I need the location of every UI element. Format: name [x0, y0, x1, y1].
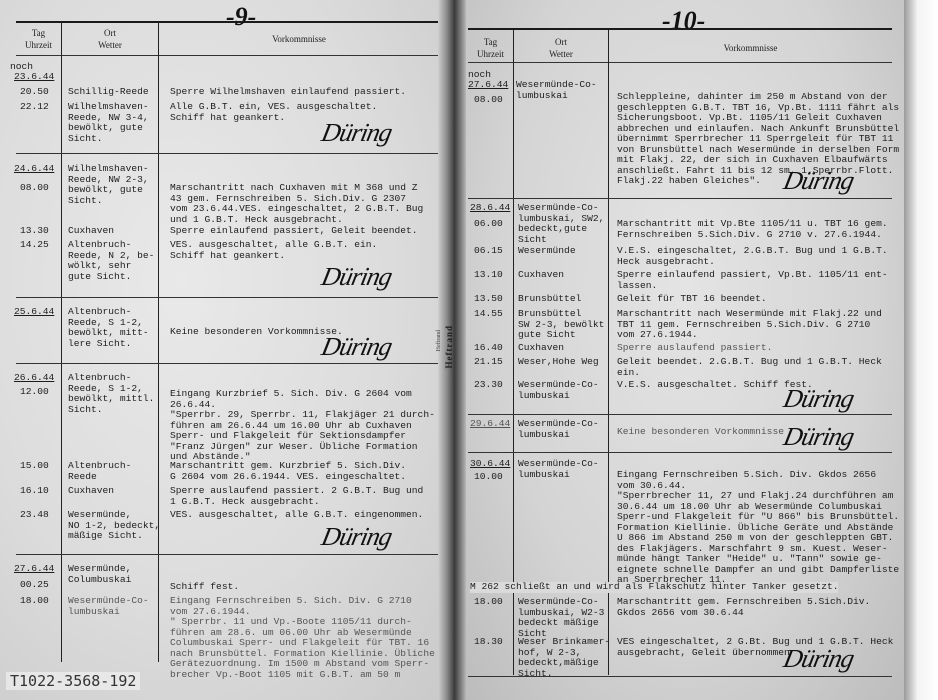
entry-place: Wesermünde [518, 246, 576, 257]
entry-time: 08.00 [20, 183, 49, 194]
entry-text: Keine besonderen Vorkommnisse. [170, 327, 343, 338]
archive-id-label: T1022-3568-192 [6, 672, 140, 690]
entry-place: Wesermünde-Co- lumbuskai [518, 380, 599, 401]
entry-separator [16, 153, 440, 154]
entry-text: Marschantritt mit Vp.Bte 1105/11 u. TBT … [617, 219, 888, 240]
header-top-rule [16, 21, 440, 23]
entry-time: 06.15 [474, 246, 503, 257]
entry-separator [468, 198, 892, 199]
entry-text: Schiff fest. [170, 582, 239, 593]
col-header-vorkommnisse: Vorkommnisse [159, 33, 439, 45]
entry-time: 14.55 [474, 309, 503, 320]
column-divider [608, 30, 609, 675]
gutter-stamp: Heftrand [444, 325, 454, 369]
entry-text: Geleit beendet. 2.G.B.T. Bug und 1 G.B.T… [617, 357, 882, 378]
entry-place: Wesermünde-Co- lumbuskai, W2-3 bedeckt m… [518, 597, 604, 639]
entry-text: VES. ausgeschaltet, alle G.B.T. eingenom… [170, 510, 423, 521]
entry-text: VES. ausgeschaltet, alle G.B.T. ein. Sch… [170, 240, 377, 261]
entry-place: Wilhelmshaven- Reede, NW 2-3, bewölkt, g… [68, 164, 149, 206]
page-number: -9- [226, 2, 256, 32]
entry-time: 21.15 [474, 357, 503, 368]
entry-place: Cuxhaven [518, 343, 564, 354]
entry-place: Weser,Hohe Weg [518, 357, 599, 368]
col-header-vorkommnisse: Vorkommnisse [609, 42, 892, 54]
entry-place: Wesermünde-Co- lumbuskai [518, 419, 599, 440]
entry-place: Cuxhaven [68, 486, 114, 497]
entry-place: Wesermünde-Co- lumbuskai [68, 596, 149, 617]
entry-text: Sperre auslaufend passiert. 2 G.B.T. Bug… [170, 486, 423, 507]
col-header-tag: TagUhrzeit [16, 27, 61, 51]
entry-time: 12.00 [20, 387, 49, 398]
entry-date: 27.6.44 [468, 80, 508, 91]
header-bottom-rule [16, 55, 440, 56]
entry-text: Sperre auslaufend passiert. [617, 343, 772, 354]
entry-time: 15.00 [20, 461, 49, 472]
entry-separator [16, 554, 440, 555]
signature: Düring [319, 118, 395, 148]
entry-place: Wesermünde-Co- lumbuskai [518, 459, 599, 480]
entry-date: 23.6.44 [14, 72, 54, 83]
col-header-tag: TagUhrzeit [468, 36, 513, 60]
entry-text: Eingang Kurzbrief 5. Sich. Div. G 2604 v… [170, 389, 435, 463]
entry-text: Geleit für TBT 16 beendet. [617, 294, 767, 305]
entry-place: Wesermünde, NO 1-2, bedeckt, mäßige Sich… [68, 510, 160, 542]
entry-separator [16, 297, 440, 298]
entry-time: 22.12 [20, 102, 49, 113]
entry-time: 00.25 [20, 580, 49, 591]
header-bottom-rule [468, 62, 892, 63]
signature: Düring [781, 422, 857, 452]
entry-place: Wilhelmshaven- Reede, NW 3-4, bewölkt, g… [68, 102, 149, 144]
entry-time: 18.30 [474, 637, 503, 648]
entry-time: 13.10 [474, 270, 503, 281]
signature: Düring [781, 384, 857, 414]
entry-text: Sperre einlaufend passiert, Geleit beend… [170, 226, 418, 237]
right-page: -10- TagUhrzeit OrtWetter Vorkommnisse n… [466, 0, 904, 700]
entry-text: V.E.S. eingeschaltet, 2.G.B.T. Bug und 1… [617, 246, 888, 267]
entry-text: Schleppleine, dahinter im 250 m Abstand … [617, 92, 899, 187]
column-divider [513, 30, 514, 675]
entry-date: 25.6.44 [14, 307, 54, 318]
entry-text: Marschantritt gem. Kurzbrief 5. Sich.Div… [170, 461, 406, 482]
entry-time: 18.00 [474, 597, 503, 608]
page-number: -10- [662, 6, 705, 36]
entry-time: 23.48 [20, 510, 49, 521]
entry-date: 24.6.44 [14, 164, 54, 175]
entry-text: Sperre Wilhelmshaven einlaufend passiert… [170, 87, 406, 98]
col-header-ort: OrtWetter [514, 36, 608, 60]
entry-text: Keine besonderen Vorkommnisse [617, 427, 784, 438]
entry-date: 29.6.44 [470, 419, 510, 430]
entry-time: 16.10 [20, 486, 49, 497]
entry-date: 26.6.44 [14, 373, 54, 384]
entry-time: 23.30 [474, 380, 503, 391]
entry-text: Marschantritt nach Cuxhaven mit M 368 un… [170, 183, 423, 225]
entry-time: 06.00 [474, 219, 503, 230]
entry-time: 10.00 [474, 472, 503, 483]
entry-place: Altenbruch- Reede, S 1-2, bewölkt, mittl… [68, 373, 154, 415]
gutter-stamp-small: Heftrand [436, 330, 442, 351]
entry-date: 30.6.44 [470, 459, 510, 470]
entry-place: Cuxhaven [68, 226, 114, 237]
entry-separator [468, 414, 892, 415]
entry-place: Weser Brinkamer- hof, W 2-3, bedeckt,mäß… [518, 637, 610, 679]
entry-text-fullwidth: M 262 schließt an und wird als Flakschut… [470, 582, 838, 593]
entry-place: Wesermünde-Co- lumbuskai [516, 80, 597, 101]
header-top-rule [468, 28, 892, 30]
entry-place: Altenbruch- Reede, S 1-2, bewölkt, mitt-… [68, 307, 149, 349]
page-edge [904, 0, 938, 700]
entry-text: Marschantritt gem. Fernschreiben 5.Sich.… [617, 597, 870, 618]
entry-separator [468, 452, 892, 453]
entry-text: Eingang Fernschreiben 5. Sich. Div. G 27… [170, 596, 435, 680]
entry-text: Marschantritt nach Wesermünde mit Flakj.… [617, 309, 882, 341]
signature: Düring [319, 262, 395, 292]
entry-place: Brunsbüttel [518, 294, 581, 305]
signature: Düring [781, 166, 857, 196]
entry-time: 13.30 [20, 226, 49, 237]
entry-time: 18.00 [20, 596, 49, 607]
entry-time: 20.50 [20, 87, 49, 98]
entry-place: Schillig-Reede [68, 87, 149, 98]
signature: Düring [319, 522, 395, 552]
entry-date: 28.6.44 [470, 203, 510, 214]
entry-time: 08.00 [474, 95, 503, 106]
entry-place: Wesermünde, Columbuskai [68, 564, 131, 585]
entry-place: Altenbruch- Reede [68, 461, 131, 482]
entry-text: Eingang Fernschreiben 5.Sich. Div. Gkdos… [617, 470, 899, 586]
entry-date: 27.6.44 [14, 564, 54, 575]
entry-place: Cuxhaven [518, 270, 564, 281]
entry-time: 13.50 [474, 294, 503, 305]
entry-text: Sperre einlaufend passiert, Vp.Bt. 1105/… [617, 270, 888, 291]
column-divider [61, 22, 62, 662]
signature: Düring [319, 332, 395, 362]
entry-separator [16, 363, 440, 364]
column-divider [158, 22, 159, 662]
entry-place: Altenbruch- Reede, N 2, be- wölkt, sehr … [68, 240, 154, 282]
signature: Düring [781, 644, 857, 674]
entry-time: 16.40 [474, 343, 503, 354]
col-header-ort: OrtWetter [62, 27, 158, 51]
entry-text: V.E.S. ausgeschaltet. Schiff fest. [617, 380, 813, 391]
entry-place: Brunsbüttel SW 2-3, bewölkt gute Sicht [518, 309, 604, 341]
left-page: -9- TagUhrzeit OrtWetter Vorkommnisse no… [0, 0, 452, 700]
entry-time: 14.25 [20, 240, 49, 251]
entry-place: Wesermünde-Co- lumbuskai, SW2, bedeckt,g… [518, 203, 604, 245]
